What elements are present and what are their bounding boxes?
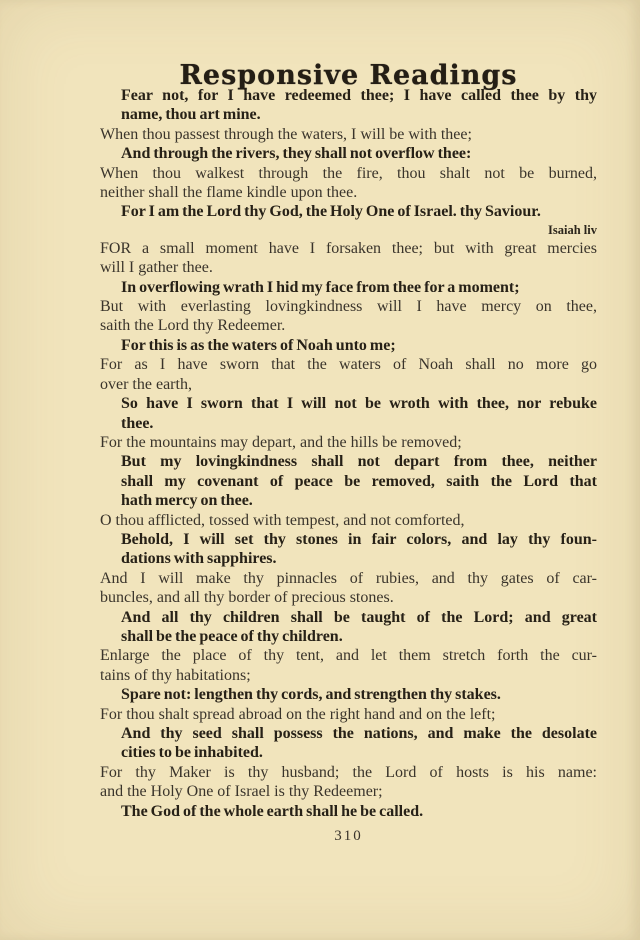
- reading-paragraph: And through the rivers, they shall not o…: [121, 144, 597, 163]
- reading-line: For this is as the waters of Noah unto m…: [121, 336, 597, 355]
- reading-paragraph: But with everlasting lovingkindness will…: [100, 297, 597, 336]
- reading-paragraph: In overflowing wrath I hid my face from …: [121, 278, 597, 297]
- reading-line: For thy Maker is thy husband; the Lord o…: [100, 763, 597, 782]
- reading-line: and the Holy One of Israel is thy Redeem…: [100, 782, 597, 801]
- reading-line: Enlarge the place of thy tent, and let t…: [100, 646, 597, 665]
- reading-line: For I am the Lord thy God, the Holy One …: [121, 202, 597, 221]
- reading-line: And I will make thy pinnacles of rubies,…: [100, 569, 597, 588]
- reading-line: For the mountains may depart, and the hi…: [100, 433, 597, 452]
- reading-paragraph: For this is as the waters of Noah unto m…: [121, 336, 597, 355]
- reading-line: thee.: [121, 414, 597, 433]
- reading-line: For as I have sworn that the waters of N…: [100, 355, 597, 374]
- reading-paragraph: When thou passest through the waters, I …: [100, 125, 597, 144]
- reading-paragraph: For thy Maker is thy husband; the Lord o…: [100, 763, 597, 802]
- reading-paragraph: FOR a small moment have I forsaken thee;…: [100, 239, 597, 278]
- scripture-reference: Isaiah liv: [100, 222, 597, 239]
- reading-line: shall my covenant of peace be removed, s…: [121, 472, 597, 491]
- reading-line: cities to be inhabited.: [121, 743, 597, 762]
- reading-line: Spare not: lengthen thy cords, and stren…: [121, 685, 597, 704]
- reading-line: hath mercy on thee.: [121, 491, 597, 510]
- reading-line: And through the rivers, they shall not o…: [121, 144, 597, 163]
- reading-line: For thou shalt spread abroad on the righ…: [100, 705, 597, 724]
- reading-line: When thou passest through the waters, I …: [100, 125, 597, 144]
- reading-line: But with everlasting lovingkindness will…: [100, 297, 597, 316]
- reading-paragraph: When thou walkest through the fire, thou…: [100, 164, 597, 203]
- reading-line: Isaiah liv: [100, 222, 597, 239]
- reading-line: But my lovingkindness shall not depart f…: [121, 452, 597, 471]
- reading-paragraph: For I am the Lord thy God, the Holy One …: [121, 202, 597, 221]
- reading-paragraph: But my lovingkindness shall not depart f…: [121, 452, 597, 510]
- reading-line: And all thy children shall be taught of …: [121, 608, 597, 627]
- reading-line: over the earth,: [100, 375, 597, 394]
- reading-line: The God of the whole earth shall he be c…: [121, 802, 597, 821]
- reading-line: will I gather thee.: [100, 258, 597, 277]
- reading-line: Fear not, for I have redeemed thee; I ha…: [121, 86, 597, 105]
- page-number: 310: [100, 828, 597, 845]
- reading-line: buncles, and all thy border of precious …: [100, 588, 597, 607]
- book-page: Responsive Readings Fear not, for I have…: [0, 0, 640, 940]
- reading-paragraph: Behold, I will set thy stones in fair co…: [121, 530, 597, 569]
- reading-line: neither shall the flame kindle upon thee…: [100, 183, 597, 202]
- reading-line: So have I sworn that I will not be wroth…: [121, 394, 597, 413]
- reading-paragraph: O thou afflicted, tossed with tempest, a…: [100, 511, 597, 530]
- reading-line: In overflowing wrath I hid my face from …: [121, 278, 597, 297]
- reading-body: Fear not, for I have redeemed thee; I ha…: [100, 86, 597, 821]
- reading-line: Behold, I will set thy stones in fair co…: [121, 530, 597, 549]
- reading-paragraph: So have I sworn that I will not be wroth…: [121, 394, 597, 433]
- reading-line: saith the Lord thy Redeemer.: [100, 316, 597, 335]
- reading-paragraph: For the mountains may depart, and the hi…: [100, 433, 597, 452]
- reading-paragraph: For thou shalt spread abroad on the righ…: [100, 705, 597, 724]
- reading-paragraph: And all thy children shall be taught of …: [121, 608, 597, 647]
- reading-line: shall be the peace of thy children.: [121, 627, 597, 646]
- reading-line: dations with sapphires.: [121, 549, 597, 568]
- reading-line: When thou walkest through the fire, thou…: [100, 164, 597, 183]
- reading-line: FOR a small moment have I forsaken thee;…: [100, 239, 597, 258]
- reading-paragraph: Spare not: lengthen thy cords, and stren…: [121, 685, 597, 704]
- reading-paragraph: For as I have sworn that the waters of N…: [100, 355, 597, 394]
- reading-paragraph: And thy seed shall possess the nations, …: [121, 724, 597, 763]
- reading-line: And thy seed shall possess the nations, …: [121, 724, 597, 743]
- reading-paragraph: Fear not, for I have redeemed thee; I ha…: [121, 86, 597, 125]
- reading-paragraph: The God of the whole earth shall he be c…: [121, 802, 597, 821]
- reading-line: tains of thy habitations;: [100, 666, 597, 685]
- reading-line: name, thou art mine.: [121, 105, 597, 124]
- reading-paragraph: And I will make thy pinnacles of rubies,…: [100, 569, 597, 608]
- reading-line: O thou afflicted, tossed with tempest, a…: [100, 511, 597, 530]
- reading-paragraph: Enlarge the place of thy tent, and let t…: [100, 646, 597, 685]
